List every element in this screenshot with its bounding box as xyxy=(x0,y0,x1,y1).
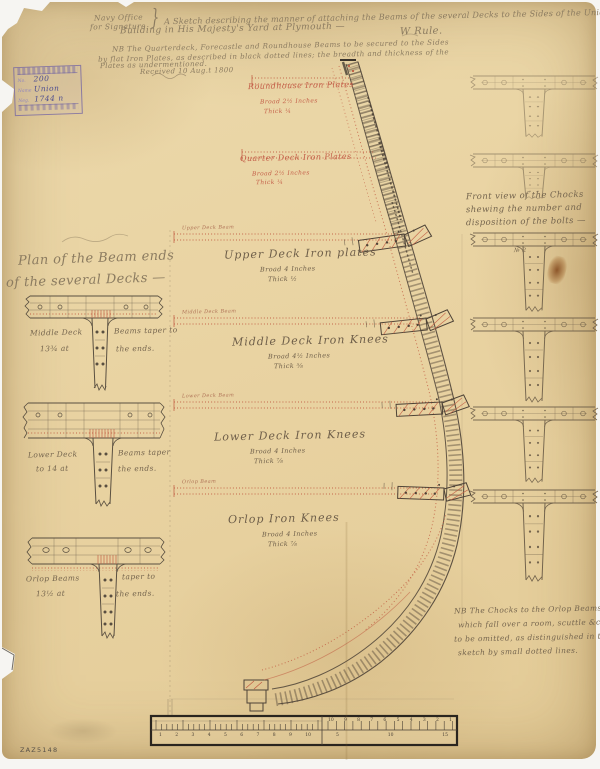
red-label-2-title: Quarter Deck Iron Plates xyxy=(240,153,352,163)
deck-3-sub2: Thick ⅞ xyxy=(268,541,297,548)
deck-0-title: Upper Deck Iron plates xyxy=(224,246,377,260)
deck-1-sub2: Thick ⅝ xyxy=(274,363,303,370)
ruler-number: 3 xyxy=(192,733,195,738)
deck-2-line-label: Lower Deck Beam xyxy=(182,393,234,399)
ruler-left-numbers: 12345678910 xyxy=(159,733,311,738)
red-label-2-sub2: Thick ¼ xyxy=(256,180,283,187)
ruler-number: 8 xyxy=(357,718,360,723)
title-line-1: A Sketch describing the manner of attach… xyxy=(164,7,600,26)
ruler-number: 1 xyxy=(159,733,162,738)
red-label-1-sub2: Thick ¼ xyxy=(264,109,291,116)
ruler-number: 10 xyxy=(388,733,394,738)
ruler-number: 7 xyxy=(257,733,260,738)
red-label-1-title: Roundhouse Iron Plates xyxy=(248,81,354,91)
middle-caption-1a: Middle Deck xyxy=(30,328,83,337)
deck-3-title: Orlop Iron Knees xyxy=(228,512,340,525)
title-line-2: Building in His Majesty's Yard at Plymou… xyxy=(120,23,345,37)
paper-smudge xyxy=(48,718,118,744)
left-heading-1: Plan of the Beam ends xyxy=(18,249,175,267)
ruler-number: 4 xyxy=(208,733,211,738)
stamp-row-value: Union xyxy=(34,84,60,94)
ruler-right-bottom-numbers: 51015 xyxy=(336,733,448,738)
deck-2-sub2: Thick ⅞ xyxy=(254,458,283,465)
chock-number-label: № 2 xyxy=(514,248,527,254)
archive-stamp: No. 200 Name Union Neg. 1744 n xyxy=(13,65,83,116)
middle-caption-2a: 13¾ at xyxy=(40,345,69,353)
deck-3-line-label: Orlop Beam xyxy=(182,480,216,486)
note-line-4: sketch by small dotted lines. xyxy=(458,647,578,657)
lower-caption-2a: to 14 at xyxy=(36,465,69,473)
deck-knee-details xyxy=(344,224,471,502)
deck-3-sub1: Broad 4 Inches xyxy=(262,530,318,538)
ruler-number: 5 xyxy=(397,718,400,723)
ruler-number: 6 xyxy=(383,718,386,723)
deck-1-sub1: Broad 4½ Inches xyxy=(268,352,330,360)
lower-caption-1a: Lower Deck xyxy=(28,450,78,459)
middle-caption-2b: the ends. xyxy=(116,345,155,353)
ruler-number: 10 xyxy=(305,733,311,738)
right-chock-views xyxy=(470,76,598,581)
right-heading-1: Front view of the Chocks xyxy=(466,191,584,202)
orlop-caption-1b: taper to xyxy=(122,573,156,581)
right-heading-2: shewing the number and xyxy=(466,204,582,215)
ruler-number: 9 xyxy=(289,733,292,738)
ruler-number: 15 xyxy=(442,733,448,738)
stamp-footer-band xyxy=(18,103,78,111)
catalogue-number: ZAZ5148 xyxy=(20,746,58,754)
stamp-row-label: No. xyxy=(18,78,34,84)
orlop-caption-2b: the ends. xyxy=(116,590,155,598)
ruler-number: 8 xyxy=(273,733,276,738)
stamp-row-value: 200 xyxy=(33,74,49,84)
ruler-number: 1 xyxy=(449,718,452,723)
deck-0-sub1: Broad 4 Inches xyxy=(260,265,316,273)
stamp-row-label: Neg. xyxy=(18,98,34,104)
deck-1-title: Middle Deck Iron Knees xyxy=(232,333,389,347)
ruler-number: 7 xyxy=(370,718,373,723)
ink-stain xyxy=(545,254,569,286)
stamp-row-label: Name xyxy=(18,88,34,94)
fold-crease xyxy=(345,522,348,760)
ruler-number: 2 xyxy=(175,733,178,738)
ruler-number: 6 xyxy=(240,733,243,738)
ruler-number: 3 xyxy=(423,718,426,723)
middle-caption-1b: Beams taper to xyxy=(114,326,178,335)
red-label-2-sub1: Broad 2½ Inches xyxy=(252,170,310,177)
ruler-number: 4 xyxy=(410,718,413,723)
orlop-caption-2a: 13½ at xyxy=(36,590,65,598)
ruler-number: 2 xyxy=(436,718,439,723)
orlop-caption-1a: Orlop Beams xyxy=(26,574,80,583)
construction-guides xyxy=(168,230,462,716)
deck-0-line-label: Upper Deck Beam xyxy=(182,225,234,231)
deck-2-title: Lower Deck Iron Knees xyxy=(214,428,366,442)
red-label-1-sub1: Broad 2½ Inches xyxy=(260,98,318,105)
deck-1-line-label: Middle Deck Beam xyxy=(182,309,237,315)
left-heading-2: of the several Decks — xyxy=(6,271,166,290)
date-line: Received 10 Aug.t 1800 xyxy=(140,67,234,76)
note-line-2: which fall over a room, scuttle &c xyxy=(458,619,600,629)
ruler-number: 10 xyxy=(328,718,334,723)
title-rate: W Rule. xyxy=(400,27,443,38)
right-heading-3: disposition of the bolts — xyxy=(466,217,586,228)
note-line-1: NB The Chocks to the Orlop Beams xyxy=(454,604,600,615)
note-line-3: to be omitted, as distinguished in the xyxy=(454,632,600,643)
lower-caption-2b: the ends. xyxy=(118,465,157,473)
deck-2-sub1: Broad 4 Inches xyxy=(250,447,306,455)
stamp-row-value: 1744 n xyxy=(34,93,64,103)
paper-sheet: Navy Office for Signature } A Sketch des… xyxy=(2,2,596,759)
deck-0-sub2: Thick ½ xyxy=(268,276,297,283)
ruler-number: 5 xyxy=(336,733,339,738)
scanned-ship-plan: Navy Office for Signature } A Sketch des… xyxy=(0,0,600,769)
ruler-number: 5 xyxy=(224,733,227,738)
lower-caption-1b: Beams taper xyxy=(118,448,171,457)
